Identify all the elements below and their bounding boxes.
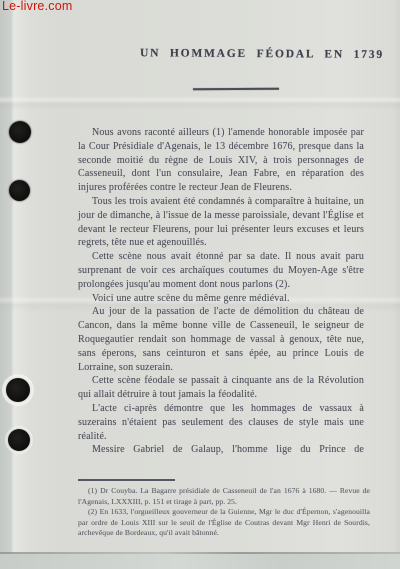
punch-hole xyxy=(6,378,30,402)
footnote: (2) En 1633, l'orgueilleux gouverneur de… xyxy=(78,507,370,539)
paragraph: L'acte ci-après démontre que les hommage… xyxy=(78,402,364,443)
scanned-document-page: Le-livre.com UN HOMMAGE FÉODAL EN 1739 N… xyxy=(0,0,400,569)
punch-hole xyxy=(9,121,31,143)
paragraph: Au jour de la passation de l'acte de dém… xyxy=(78,305,364,374)
seller-watermark: Le-livre.com xyxy=(2,0,72,13)
scan-background-bottom-band xyxy=(0,554,400,569)
paragraph: Cette scène nous avait étonné par sa dat… xyxy=(78,250,364,291)
paragraph: Nous avons raconté ailleurs (1) l'amende… xyxy=(78,126,364,195)
footnote-separator xyxy=(78,479,175,481)
footnotes: (1) Dr Couyba. La Bagarre présidiale de … xyxy=(78,486,370,539)
paragraph: Messire Gabriel de Galaup, l'homme lige … xyxy=(78,443,364,457)
page-title: UN HOMMAGE FÉODAL EN 1739 xyxy=(140,47,355,61)
paragraph: Cette scène féodale se passait à cinquan… xyxy=(78,374,364,402)
punch-hole xyxy=(8,429,30,451)
title-underline xyxy=(193,88,279,90)
footnote: (1) Dr Couyba. La Bagarre présidiale de … xyxy=(78,486,370,507)
paragraph: Tous les trois avaient été condamnés à c… xyxy=(78,195,364,250)
paragraph: Voici une autre scène du même genre médi… xyxy=(78,292,364,306)
punch-hole xyxy=(9,180,30,201)
body-text: Nous avons raconté ailleurs (1) l'amende… xyxy=(78,126,364,457)
